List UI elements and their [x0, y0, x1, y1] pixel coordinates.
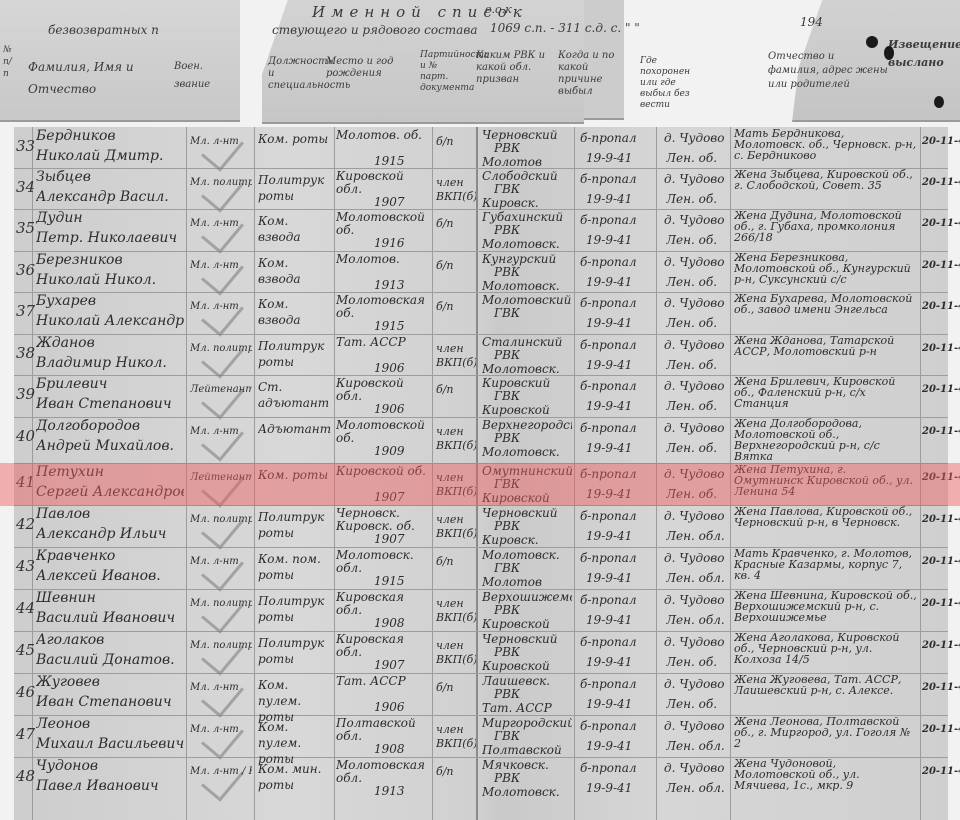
- col-header-when: Когда и по какой причине выбыл: [558, 50, 632, 98]
- ink-blot: [884, 46, 894, 60]
- rvk-name: Сталинский: [482, 335, 572, 349]
- given-names: Василий Донатов.: [36, 653, 184, 667]
- next-of-kin-address: Жена Павлова, Кировской об., Черновский …: [734, 506, 918, 528]
- checkmark-icon: [201, 589, 244, 633]
- rank: Мл. л-нт: [190, 259, 252, 273]
- birth-place: Кировская обл.: [336, 591, 430, 617]
- burial-place: д. Чудово: [664, 338, 725, 352]
- party-status: член ВКП(б): [436, 471, 476, 499]
- surname: Зыбцев: [36, 170, 184, 184]
- checkmark-icon: [201, 375, 244, 419]
- birth-year: 1913: [374, 278, 405, 292]
- burial-place: д. Чудово: [664, 593, 725, 607]
- burial-region: Лен. об.: [666, 697, 717, 711]
- burial-region: Лен. об.: [666, 233, 717, 247]
- party-status: б/п: [436, 300, 476, 314]
- notice-date: 20-11-42: [922, 300, 960, 314]
- rank: Мл. л-нт: [190, 723, 252, 737]
- burial-place: д. Чудово: [664, 131, 725, 145]
- burial-region: Лен. обл.: [666, 613, 725, 627]
- birth-year: 1906: [374, 700, 405, 714]
- row-number: 47: [16, 727, 35, 741]
- rvk-region: Полтавской: [482, 743, 572, 757]
- burial-place: д. Чудово: [664, 551, 725, 565]
- rank: Мл. политрук: [190, 342, 252, 356]
- rvk-type: РВК: [494, 141, 520, 155]
- fate: б-пропал: [580, 379, 637, 393]
- rvk-region: Кировской: [482, 617, 572, 631]
- rvk-type: РВК: [494, 265, 520, 279]
- rvk-region: Кировск.: [482, 533, 572, 547]
- next-of-kin-address: Жена Березникова, Молотовской об., Кунгу…: [734, 252, 918, 285]
- notice-date: 20-11-42: [922, 217, 960, 231]
- fate-date: 19-9-41: [586, 441, 632, 455]
- party-status: б/п: [436, 135, 476, 149]
- party-status: б/п: [436, 383, 476, 397]
- burial-region: Лен. об.: [666, 487, 717, 501]
- col-header-position: Должность и специальность: [268, 56, 318, 92]
- fate-date: 19-9-41: [586, 571, 632, 585]
- rvk-name: Молотовский: [482, 293, 572, 307]
- next-of-kin-address: Жена Шевнина, Кировской об., Верхошижемс…: [734, 590, 918, 623]
- rvk-region: Молотовск.: [482, 785, 572, 799]
- col-header-party: Партийность и № парт. документа: [420, 50, 468, 94]
- birth-year: 1915: [374, 319, 405, 333]
- row-number: 33: [16, 139, 35, 153]
- surname: Бухарев: [36, 294, 184, 308]
- given-names: Василий Иванович: [36, 611, 184, 625]
- rvk-name: Черновский: [482, 506, 572, 520]
- rvk-name: Черновский: [482, 632, 572, 646]
- rvk-region: Молотовск.: [482, 279, 572, 293]
- birth-year: 1907: [374, 490, 405, 504]
- rvk-name: Кунгурский: [482, 252, 572, 266]
- checkmark-icon: [201, 757, 244, 801]
- fate-date: 19-9-41: [586, 697, 632, 711]
- birth-year: 1909: [374, 444, 405, 458]
- surname: Долгобородов: [36, 419, 184, 433]
- position: Ком. взвода: [258, 255, 332, 287]
- position: Ком. пом. роты: [258, 551, 332, 583]
- rvk-name: Лаишевск.: [482, 674, 572, 688]
- position: Политрук роты: [258, 338, 332, 370]
- given-names: Сергей Александров.: [36, 485, 184, 499]
- fate: б-пропал: [580, 338, 637, 352]
- rank: Мл. политрук: [190, 513, 252, 527]
- fate-date: 19-9-41: [586, 233, 632, 247]
- fate-date: 19-9-41: [586, 358, 632, 372]
- col-header-name: Фамилия, Имя и Отчество: [28, 56, 178, 100]
- fate: б-пропал: [580, 677, 637, 691]
- rvk-type: РВК: [494, 348, 520, 362]
- rvk-name: Омутнинский: [482, 464, 572, 478]
- next-of-kin-address: Жена Петухина, г. Омутнинск Кировской об…: [734, 464, 918, 497]
- row-number: 41: [16, 475, 35, 489]
- burial-place: д. Чудово: [664, 296, 725, 310]
- table-row: 33 Бердников Николай Дмитр. Мл. л-нт Ком…: [14, 127, 948, 169]
- rvk-name: Слободский: [482, 169, 572, 183]
- position: Ком. взвода: [258, 296, 332, 328]
- given-names: Александр Васил.: [36, 190, 184, 204]
- table-row: 37 Бухарев Николай Александр. Мл. л-нт К…: [14, 292, 948, 335]
- rvk-name: Верхошижемск.: [482, 590, 572, 604]
- rank: Лейтенант: [190, 471, 252, 485]
- notice-date: 20-11-42: [922, 555, 960, 569]
- checkmark-icon: [201, 463, 244, 507]
- burial-place: д. Чудово: [664, 255, 725, 269]
- birth-year: 1907: [374, 658, 405, 672]
- fate: б-пропал: [580, 761, 637, 775]
- surname: Леонов: [36, 717, 184, 731]
- checkmark-icon: [201, 127, 244, 171]
- party-status: б/п: [436, 259, 476, 273]
- next-of-kin-address: Жена Жуговева, Тат. АССР, Лаишевский р-н…: [734, 674, 918, 696]
- rvk-region: Кировской: [482, 491, 572, 505]
- party-status: член ВКП(б): [436, 597, 476, 625]
- birth-year: 1913: [374, 784, 405, 798]
- burial-place: д. Чудово: [664, 635, 725, 649]
- fate-date: 19-9-41: [586, 316, 632, 330]
- fate: б-пропал: [580, 509, 637, 523]
- rvk-name: Кировский: [482, 376, 572, 390]
- burial-region: Лен. об.: [666, 316, 717, 330]
- rvk-region: Молотовск.: [482, 445, 572, 459]
- fate-date: 19-9-41: [586, 529, 632, 543]
- birth-place: Молотовск. обл.: [336, 549, 430, 575]
- col-header-rank: Воен. звание: [174, 58, 214, 94]
- birth-year: 1906: [374, 361, 405, 375]
- checkmark-icon: [201, 505, 244, 549]
- given-names: Иван Степанович: [36, 397, 184, 411]
- next-of-kin-address: Мать Бердникова, Молотовск. об., Черновс…: [734, 128, 918, 161]
- surname: Петухин: [36, 465, 184, 479]
- burial-place: д. Чудово: [664, 172, 725, 186]
- burial-region: Лен. об.: [666, 399, 717, 413]
- given-names: Алексей Иванов.: [36, 569, 184, 583]
- notice-date: 20-11-42: [922, 639, 960, 653]
- fate-date: 19-9-41: [586, 151, 632, 165]
- burial-region: Лен. об.: [666, 358, 717, 372]
- row-number: 38: [16, 346, 35, 360]
- position: Ком. взвода: [258, 213, 332, 245]
- party-status: член ВКП(б): [436, 342, 476, 370]
- row-number: 37: [16, 304, 35, 318]
- fate: б-пропал: [580, 551, 637, 565]
- burial-region: Лен. об.: [666, 441, 717, 455]
- document-subtitle-unit: 1069 с.п. - 311 с.д. с. " ": [490, 22, 640, 34]
- given-names: Николай Никол.: [36, 273, 184, 287]
- document-subtitle-mid: ствующего и рядового состава: [272, 24, 477, 36]
- rvk-type: ГВК: [494, 561, 520, 575]
- fate-date: 19-9-41: [586, 613, 632, 627]
- birth-year: 1915: [374, 574, 405, 588]
- rvk-type: РВК: [494, 645, 520, 659]
- party-status: б/п: [436, 681, 476, 695]
- rvk-name: Мячковск.: [482, 758, 572, 772]
- row-number: 48: [16, 769, 35, 783]
- rank: Мл. политрук: [190, 176, 252, 190]
- rank: Мл. л-нт: [190, 425, 252, 439]
- checkmark-icon: [201, 673, 244, 717]
- burial-place: д. Чудово: [664, 509, 725, 523]
- notice-date: 20-11-42: [922, 176, 960, 190]
- notice-date: 20-11-42: [922, 765, 960, 779]
- birth-year: 1907: [374, 195, 405, 209]
- document-title-fragment: е.о.к: [485, 4, 512, 16]
- rank: Мл. л-нт: [190, 555, 252, 569]
- ink-blot: [934, 96, 944, 108]
- rvk-type: РВК: [494, 519, 520, 533]
- rvk-type: ГВК: [494, 477, 520, 491]
- birth-place: Кировская обл.: [336, 633, 430, 659]
- burial-place: д. Чудово: [664, 379, 725, 393]
- party-status: б/п: [436, 765, 476, 779]
- rvk-type: РВК: [494, 431, 520, 445]
- rvk-region: Тат. АССР: [482, 701, 572, 715]
- burial-region: Лен. об.: [666, 192, 717, 206]
- rvk-region: Молотов: [482, 155, 572, 169]
- rank: Мл. политрук: [190, 639, 252, 653]
- rvk-type: РВК: [494, 223, 520, 237]
- given-names: Петр. Николаевич: [36, 231, 184, 245]
- notice-date: 20-11-42: [922, 259, 960, 273]
- col-header-rvk: Каким РВК и какой обл. призван: [476, 50, 546, 86]
- given-names: Владимир Никол.: [36, 356, 184, 370]
- birth-place: Молотовская обл.: [336, 759, 430, 785]
- checkmark-icon: [201, 292, 244, 336]
- rank: Мл. л-нт / Ком. взвод: [190, 765, 252, 779]
- surname: Чудонов: [36, 759, 184, 773]
- position: Политрук роты: [258, 593, 332, 625]
- burial-region: Лен. обл.: [666, 529, 725, 543]
- fate-date: 19-9-41: [586, 781, 632, 795]
- fate: б-пропал: [580, 635, 637, 649]
- given-names: Павел Иванович: [36, 779, 184, 793]
- position: Политрук роты: [258, 635, 332, 667]
- party-status: б/п: [436, 555, 476, 569]
- rank: Мл. л-нт: [190, 681, 252, 695]
- burial-place: д. Чудово: [664, 467, 725, 481]
- next-of-kin-address: Жена Дудина, Молотовской об., г. Губаха,…: [734, 210, 918, 243]
- given-names: Александр Ильич: [36, 527, 184, 541]
- notice-date: 20-11-42: [922, 425, 960, 439]
- checkmark-icon: [201, 417, 244, 461]
- rvk-type: ГВК: [494, 182, 520, 196]
- row-number: 39: [16, 387, 35, 401]
- notice-date: 20-11-42: [922, 471, 960, 485]
- rvk-type: РВК: [494, 603, 520, 617]
- birth-place: Кировской обл.: [336, 377, 430, 403]
- given-names: Михаил Васильевич: [36, 737, 184, 751]
- burial-region: Лен. об.: [666, 655, 717, 669]
- burial-region: Лен. обл.: [666, 739, 725, 753]
- row-number: 45: [16, 643, 35, 657]
- table-row: 48 Чудонов Павел Иванович Мл. л-нт / Ком…: [14, 757, 948, 820]
- birth-place: Молотов. об.: [336, 129, 430, 142]
- row-number: 35: [16, 221, 35, 235]
- rvk-name: Черновский: [482, 128, 572, 142]
- fate: б-пропал: [580, 467, 637, 481]
- birth-year: 1906: [374, 402, 405, 416]
- rvk-type: ГВК: [494, 306, 520, 320]
- burial-region: Лен. об.: [666, 275, 717, 289]
- position: Ком. роты: [258, 131, 332, 147]
- next-of-kin-address: Жена Леонова, Полтавской об., г. Миргоро…: [734, 716, 918, 749]
- surname: Бердников: [36, 129, 184, 143]
- notice-date: 20-11-42: [922, 723, 960, 737]
- party-status: член ВКП(б): [436, 639, 476, 667]
- party-status: член ВКП(б): [436, 723, 476, 751]
- table-row: 35 Дудин Петр. Николаевич Мл. л-нт Ком. …: [14, 209, 948, 252]
- table-row: 45 Аголаков Василий Донатов. Мл. политру…: [14, 631, 948, 674]
- rvk-name: Губахинский: [482, 210, 572, 224]
- fate-date: 19-9-41: [586, 275, 632, 289]
- rvk-type: ГВК: [494, 729, 520, 743]
- birth-year: 1916: [374, 236, 405, 250]
- burial-place: д. Чудово: [664, 761, 725, 775]
- next-of-kin-address: Жена Жданова, Татарской АССР, Молотовски…: [734, 335, 918, 357]
- fate-date: 19-9-41: [586, 739, 632, 753]
- notice-date: 20-11-42: [922, 342, 960, 356]
- rvk-type: ГВК: [494, 389, 520, 403]
- rank: Лейтенант: [190, 383, 252, 397]
- row-number: 36: [16, 263, 35, 277]
- position: Ком. роты: [258, 467, 332, 483]
- table-row: 44 Шевнин Василий Иванович Мл. политрук …: [14, 589, 948, 632]
- checkmark-icon: [201, 209, 244, 253]
- col-header-buried: Где похоронен или где выбыл без вести: [640, 56, 690, 111]
- fate-date: 19-9-41: [586, 655, 632, 669]
- rvk-region: Кировск.: [482, 196, 572, 210]
- document-year: 194: [800, 16, 823, 28]
- notice-date: 20-11-42: [922, 383, 960, 397]
- surname: Аголаков: [36, 633, 184, 647]
- notice-date: 20-11-42: [922, 513, 960, 527]
- row-number: 46: [16, 685, 35, 699]
- position: Адъютант: [258, 421, 332, 437]
- rvk-type: РВК: [494, 771, 520, 785]
- birth-year: 1908: [374, 616, 405, 630]
- burial-place: д. Чудово: [664, 421, 725, 435]
- surname: Березников: [36, 253, 184, 267]
- fate: б-пропал: [580, 131, 637, 145]
- checkmark-icon: [201, 251, 244, 295]
- birth-place: Тат. АССР: [336, 675, 430, 688]
- surname: Кравченко: [36, 549, 184, 563]
- birth-place: Кировской об.: [336, 465, 430, 478]
- fate: б-пропал: [580, 593, 637, 607]
- row-number: 42: [16, 517, 35, 531]
- party-status: б/п: [436, 217, 476, 231]
- rank: Мл. л-нт: [190, 300, 252, 314]
- birth-year: 1907: [374, 532, 405, 546]
- position: Политрук роты: [258, 172, 332, 204]
- rvk-type: РВК: [494, 687, 520, 701]
- next-of-kin-address: Жена Брилевич, Кировской об., Фаленский …: [734, 376, 918, 409]
- notice-date: 20-11-42: [922, 681, 960, 695]
- fate: б-пропал: [580, 213, 637, 227]
- checkmark-icon: [201, 547, 244, 591]
- next-of-kin-address: Жена Аголакова, Кировской об., Черновски…: [734, 632, 918, 665]
- table-row: 39 Брилевич Иван Степанович Лейтенант Ст…: [14, 375, 948, 418]
- notice-date: 20-11-42: [922, 135, 960, 149]
- col-header-birth: Место и год рождения: [326, 56, 416, 80]
- rvk-region: Молотовск.: [482, 362, 572, 376]
- table-row: 42 Павлов Александр Ильич Мл. политрук П…: [14, 505, 948, 548]
- table-row: 47 Леонов Михаил Васильевич Мл. л-нт Ком…: [14, 715, 948, 758]
- fate: б-пропал: [580, 719, 637, 733]
- fate: б-пропал: [580, 421, 637, 435]
- next-of-kin-address: Жена Зыбцева, Кировской об., г. Слободск…: [734, 169, 918, 191]
- birth-year: 1908: [374, 742, 405, 756]
- party-status: член ВКП(б): [436, 176, 476, 204]
- birth-place: Кировской обл.: [336, 170, 430, 196]
- next-of-kin-address: Жена Долгобородова, Молотовской об., Вер…: [734, 418, 918, 462]
- table-row: 36 Березников Николай Никол. Мл. л-нт Ко…: [14, 251, 948, 293]
- given-names: Николай Дмитр.: [36, 149, 184, 163]
- fate: б-пропал: [580, 296, 637, 310]
- row-number: 34: [16, 180, 35, 194]
- ink-blot: [866, 36, 878, 48]
- surname: Жуговев: [36, 675, 184, 689]
- rvk-name: Молотовск.: [482, 548, 572, 562]
- row-number: 43: [16, 559, 35, 573]
- rvk-name: Миргородский: [482, 716, 572, 730]
- checkmark-icon: [201, 168, 244, 212]
- given-names: Андрей Михайлов.: [36, 439, 184, 453]
- position: Ст. адъютант: [258, 379, 332, 411]
- col-header-address: Отчество и фамилия, адрес жены или родит…: [768, 50, 888, 92]
- table-row: 40 Долгобородов Андрей Михайлов. Мл. л-н…: [14, 417, 948, 464]
- rvk-region: Кировской: [482, 403, 572, 417]
- burial-region: Лен. обл.: [666, 781, 725, 795]
- rvk-name: Верхнегородский: [482, 418, 572, 432]
- row-number: 44: [16, 601, 35, 615]
- burial-place: д. Чудово: [664, 719, 725, 733]
- party-status: член ВКП(б): [436, 513, 476, 541]
- fate-date: 19-9-41: [586, 399, 632, 413]
- position: Ком. мин. роты: [258, 761, 332, 793]
- surname: Дудин: [36, 211, 184, 225]
- birth-place: Молотовской об.: [336, 211, 430, 237]
- table-row: 34 Зыбцев Александр Васил. Мл. политрук …: [14, 168, 948, 210]
- checkmark-icon: [201, 334, 244, 378]
- fate-date: 19-9-41: [586, 192, 632, 206]
- table-row: 46 Жуговев Иван Степанович Мл. л-нт Ком.…: [14, 673, 948, 716]
- rank: Мл. л-нт: [190, 135, 252, 149]
- surname: Шевнин: [36, 591, 184, 605]
- birth-place: Молотовской об.: [336, 419, 430, 445]
- next-of-kin-address: Жена Чудоновой, Молотовской об., ул. Мяч…: [734, 758, 918, 791]
- party-status: член ВКП(б): [436, 425, 476, 453]
- surname: Павлов: [36, 507, 184, 521]
- table-row: 41 Петухин Сергей Александров. Лейтенант…: [14, 463, 948, 506]
- next-of-kin-address: Мать Кравченко, г. Молотов, Красные Каза…: [734, 548, 918, 581]
- burial-place: д. Чудово: [664, 213, 725, 227]
- next-of-kin-address: Жена Бухарева, Молотовской об., завод им…: [734, 293, 918, 315]
- surname: Жданов: [36, 336, 184, 350]
- rvk-region: Молотов: [482, 575, 572, 589]
- rank: Мл. л-нт: [190, 217, 252, 231]
- burial-region: Лен. обл.: [666, 571, 725, 585]
- birth-place: Молотов.: [336, 253, 430, 266]
- rvk-region: Молотовск.: [482, 237, 572, 251]
- birth-year: 1915: [374, 154, 405, 168]
- given-names: Николай Александр.: [36, 314, 184, 328]
- birth-place: Полтавской обл.: [336, 717, 430, 743]
- col-header-notice: Извещение выслано: [888, 36, 932, 72]
- birth-place: Молотовская об.: [336, 294, 430, 320]
